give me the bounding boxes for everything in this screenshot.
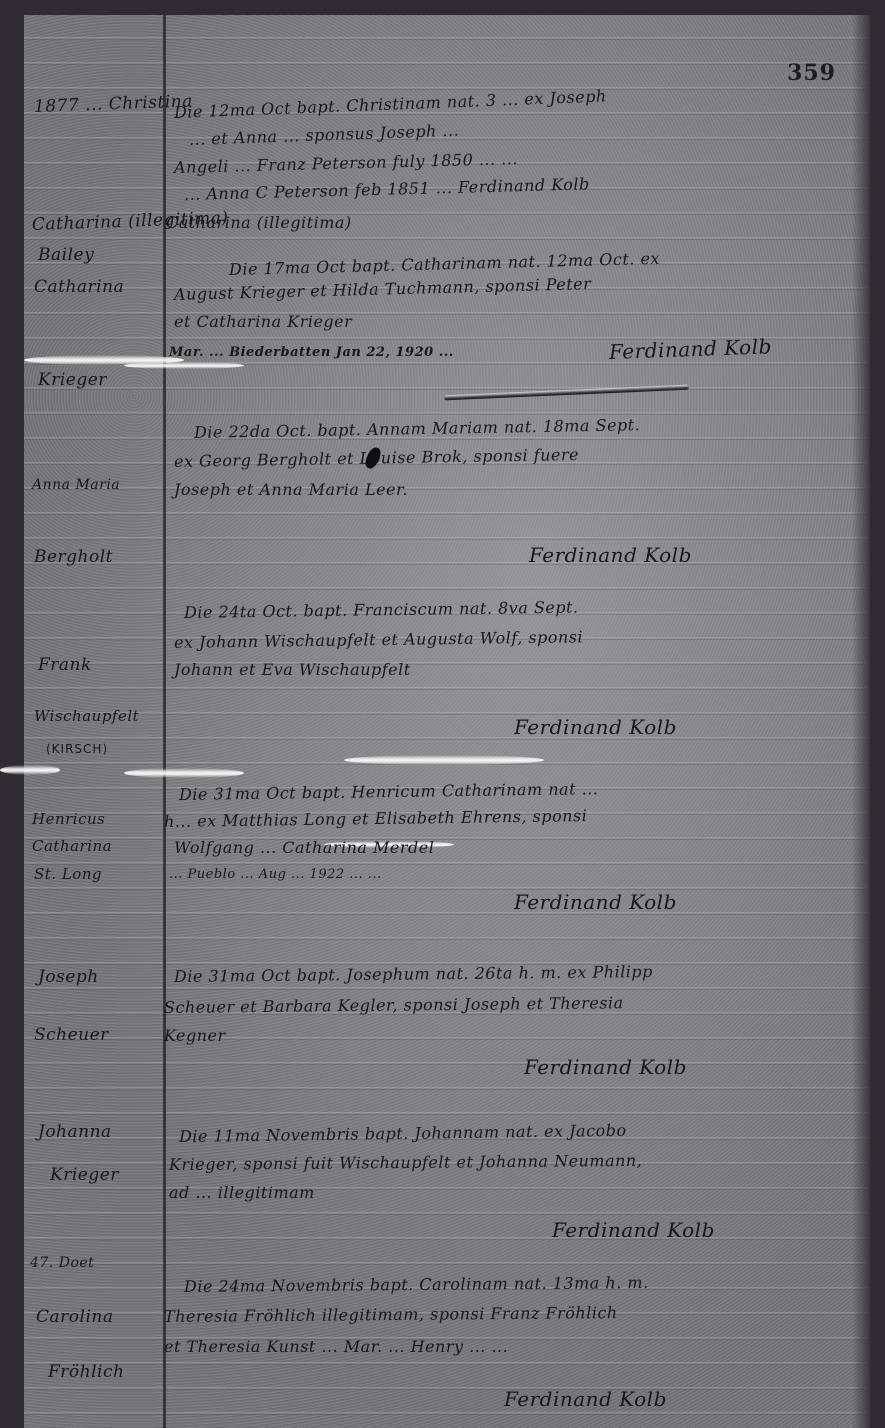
entry-line: Kegner (164, 1026, 226, 1045)
scratch-mark (124, 362, 244, 369)
entry-line: Joseph et Anna Maria Leer. (174, 480, 408, 499)
scratch-mark (344, 755, 544, 765)
entry-line: Die 22da Oct. bapt. Annam Mariam nat. 18… (194, 415, 641, 442)
register-page: 359 1877 ... Christina Catharina (illegi… (24, 15, 870, 1428)
entry-line: ex Johann Wischaupfelt et Augusta Wolf, … (174, 627, 583, 652)
annotation-line: Mar. ... Biederbatten Jan 22, 1920 ... (169, 345, 454, 360)
annotation-line: ... Pueblo ... Aug ... 1922 ... ... (169, 867, 382, 882)
priest-signature: Ferdinand Kolb (504, 1387, 667, 1411)
priest-signature: Ferdinand Kolb (514, 715, 677, 739)
entry-line: Die 17ma Oct bapt. Catharinam nat. 12ma … (229, 249, 660, 279)
entry-line: Die 31ma Oct bapt. Henricum Catharinam n… (179, 779, 599, 804)
priest-signature: Ferdinand Kolb (514, 890, 677, 914)
margin-name: Wischaupfelt (34, 707, 139, 725)
margin-name: Krieger (50, 1165, 119, 1185)
margin-name: Scheuer (34, 1025, 109, 1045)
entry-line: Die 11ma Novembris bapt. Johannam nat. e… (179, 1121, 627, 1146)
margin-name: Catharina (34, 277, 124, 297)
margin-name: Krieger (38, 370, 107, 390)
entry-line: ... et Anna ... sponsus Joseph ... (189, 121, 460, 149)
margin-name: Bergholt (34, 547, 113, 567)
scratch-mark (0, 765, 60, 775)
margin-name: 1877 ... Christina (34, 91, 193, 117)
margin-name: Henricus (32, 810, 105, 828)
entry-line: et Catharina Krieger (174, 312, 352, 331)
entry-line: Catharina (illegitima) (166, 213, 352, 232)
entry-line: et Theresia Kunst ... Mar. ... Henry ...… (164, 1337, 508, 1356)
entry-line: Krieger, sponsi fuit Wischaupfelt et Joh… (169, 1151, 642, 1174)
margin-name: Johanna (38, 1122, 112, 1142)
margin-name: Catharina (32, 837, 112, 855)
margin-name: Bailey (38, 245, 94, 265)
page-number: 359 (787, 60, 836, 86)
entry-line: Johann et Eva Wischaupfelt (174, 660, 411, 679)
margin-name: Frank (38, 655, 92, 675)
entry-line: Die 24ta Oct. bapt. Franciscum nat. 8va … (184, 597, 579, 622)
margin-name: Joseph (38, 967, 99, 987)
entry-line: Die 24ma Novembris bapt. Carolinam nat. … (184, 1273, 649, 1296)
margin-name: St. Long (34, 865, 102, 883)
entry-line: ... Anna C Peterson feb 1851 ... Ferdina… (184, 174, 590, 204)
priest-signature: Ferdinand Kolb (552, 1218, 715, 1242)
margin-name: Carolina (36, 1307, 113, 1327)
entry-line: Die 31ma Oct bapt. Josephum nat. 26ta h.… (174, 962, 653, 986)
entry-line: h... ex Matthias Long et Elisabeth Ehren… (164, 806, 588, 831)
entry-line: Wolfgang ... Catharina Merdel (174, 838, 434, 857)
entry-line: Die 12ma Oct bapt. Christinam nat. 3 ...… (174, 86, 607, 122)
surname-annotation: (KIRSCH) (46, 742, 108, 756)
priest-signature: Ferdinand Kolb (529, 543, 692, 567)
pen-artifact (444, 385, 689, 401)
entry-line: Angeli ... Franz Peterson fuly 1850 ... … (174, 149, 518, 177)
priest-signature: Ferdinand Kolb (609, 334, 773, 364)
margin-name: 47. Doet (30, 1255, 94, 1271)
margin-name: Anna Maria (32, 477, 120, 493)
margin-name: Fröhlich (48, 1362, 124, 1382)
scratch-mark (124, 768, 244, 778)
priest-signature: Ferdinand Kolb (524, 1055, 687, 1079)
entry-line: Theresia Fröhlich illegitimam, sponsi Fr… (164, 1303, 618, 1326)
entry-line: Scheuer et Barbara Kegler, sponsi Joseph… (164, 993, 624, 1017)
entry-line: ad ... illegitimam (169, 1183, 315, 1202)
